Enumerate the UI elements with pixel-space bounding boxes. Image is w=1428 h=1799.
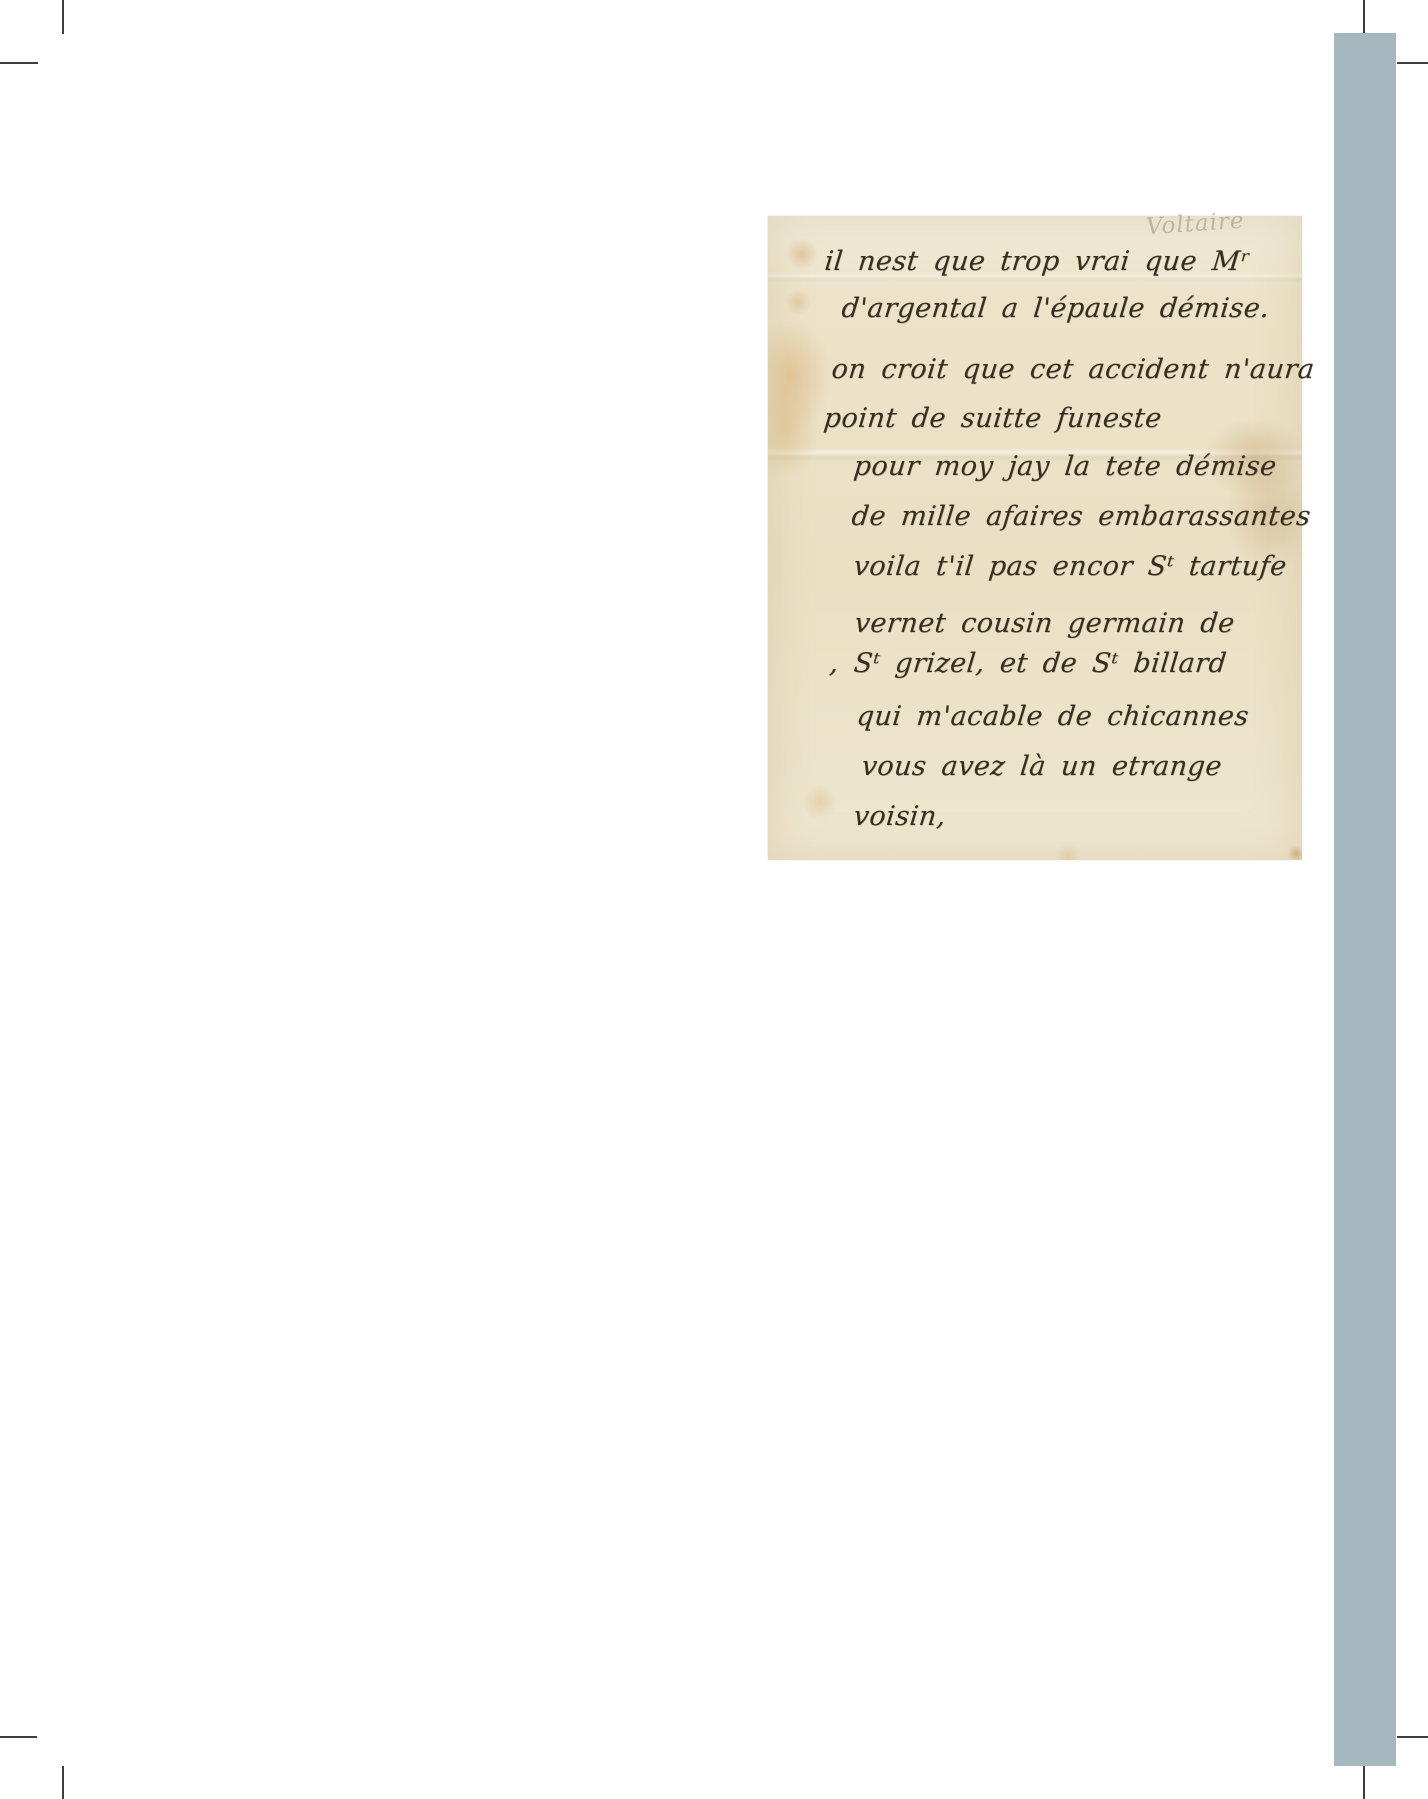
manuscript-line: point de suitte funeste: [822, 402, 1163, 436]
bleed-color-bar: [1334, 33, 1396, 1766]
manuscript-line: vernet cousin germain de: [853, 607, 1236, 641]
crop-mark-top-left-horizontal: [0, 62, 38, 64]
crop-mark-top-right-horizontal: [1397, 62, 1428, 64]
manuscript-line: de mille afaires embarassantes: [850, 500, 1312, 534]
manuscript-line: il nest que trop vrai que Mʳ: [823, 245, 1252, 279]
manuscript-letter-photo: Voltaire il nest que trop vrai que Mʳ d'…: [768, 216, 1302, 860]
manuscript-line: qui m'acable de chicannes: [855, 700, 1251, 734]
crop-mark-top-left-vertical: [62, 0, 64, 34]
crop-mark-bottom-left-vertical: [62, 1766, 64, 1799]
pencil-annotation: Voltaire: [1145, 209, 1245, 241]
manuscript-line: voila t'il pas encor Sᵗ tartufe: [852, 550, 1289, 584]
page-canvas: Voltaire il nest que trop vrai que Mʳ d'…: [0, 0, 1428, 1799]
crop-mark-bottom-right-horizontal: [1397, 1736, 1428, 1738]
manuscript-line: pour moy jay la tete démise: [852, 450, 1278, 484]
manuscript-line: , Sᵗ grizel, et de Sᵗ billard: [828, 647, 1228, 681]
manuscript-line: on croit que cet accident n'aura: [830, 353, 1316, 387]
crop-mark-bottom-left-horizontal: [0, 1736, 37, 1738]
manuscript-line: d'argental a l'épaule démise.: [840, 292, 1271, 326]
manuscript-line: vous avez là un etrange: [860, 750, 1224, 784]
crop-mark-bottom-right-vertical: [1363, 1766, 1365, 1799]
crop-mark-top-right-vertical: [1363, 0, 1365, 34]
manuscript-line: voisin,: [852, 800, 948, 834]
